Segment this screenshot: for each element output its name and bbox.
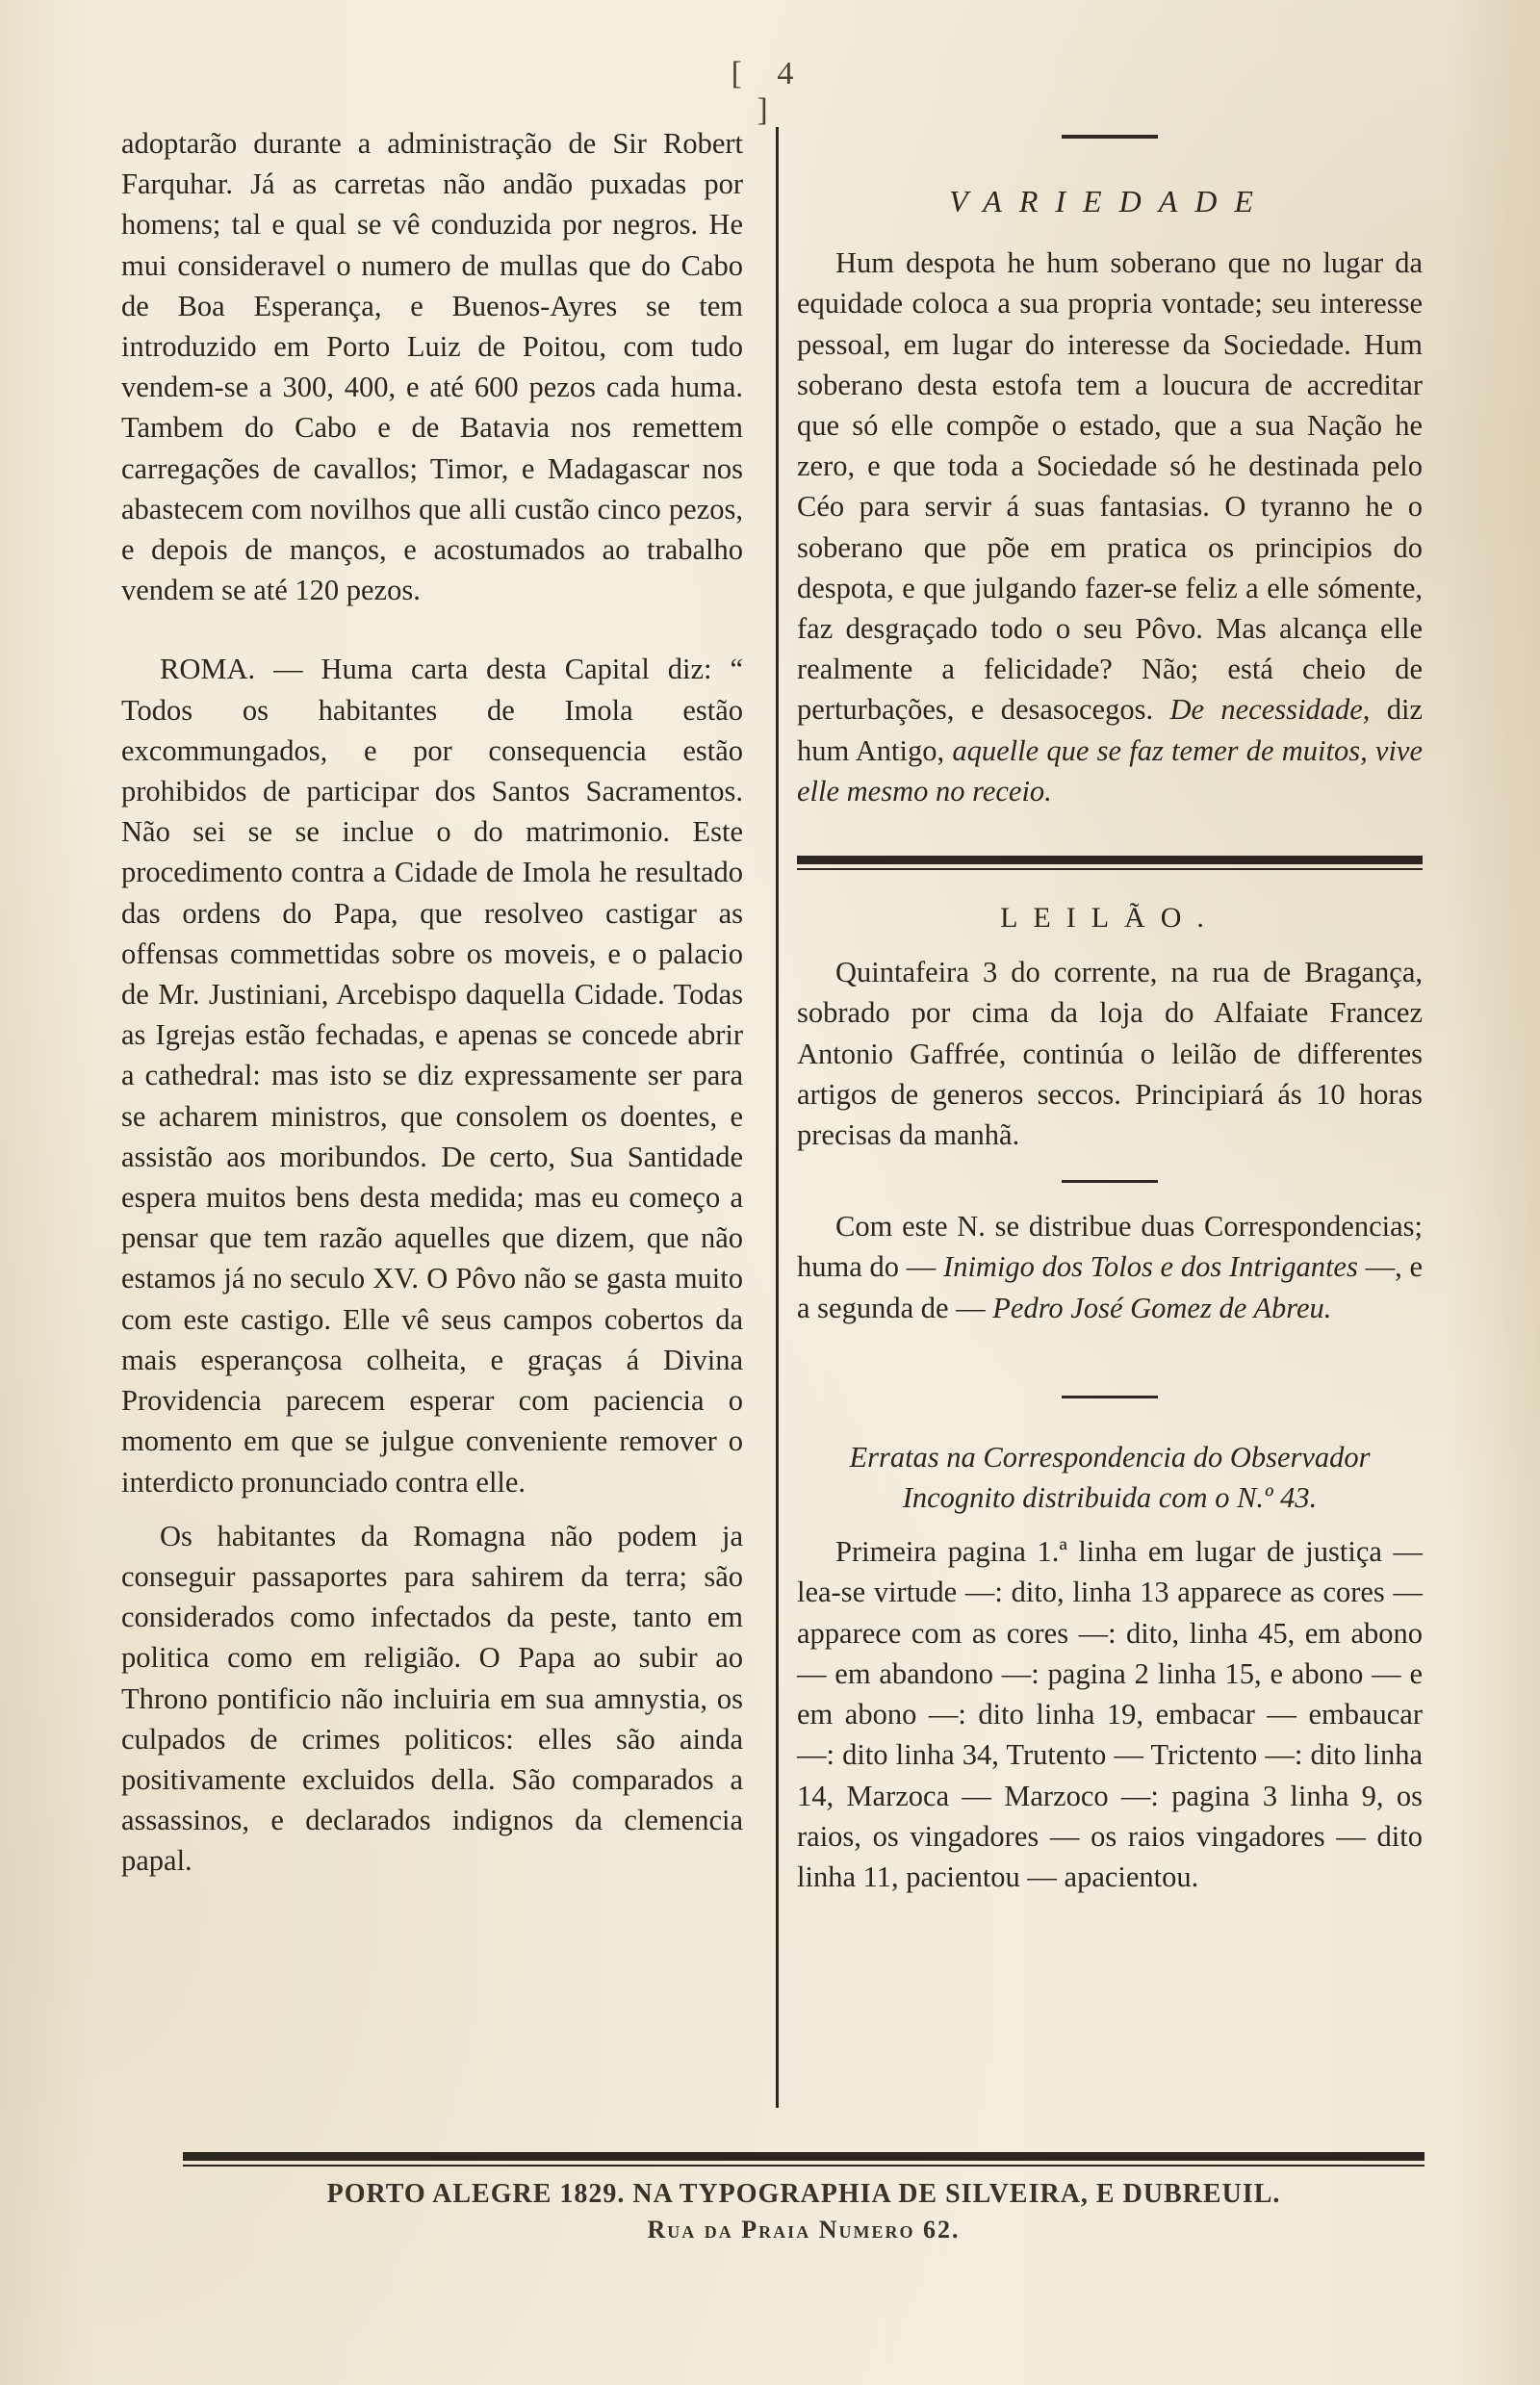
article-mauritius-continued: adoptarão durante a administração de Sir…	[121, 123, 743, 610]
leilao-title: LEILÃO.	[797, 898, 1423, 938]
erratas-body: Primeira pagina 1.ª linha em lugar de ju…	[797, 1531, 1423, 1897]
variedade-title: VARIEDADE	[797, 181, 1423, 221]
footer-double-rule	[183, 2152, 1424, 2169]
right-column: VARIEDADE Hum despota he hum soberano qu…	[797, 123, 1423, 1897]
imprint-address: Rua da Praia Numero 62.	[183, 2216, 1424, 2244]
column-divider	[776, 127, 779, 2108]
erratas-title: Erratas na Correspondencia do Observador…	[797, 1437, 1423, 1518]
quote-italic: De necessidade,	[1169, 693, 1370, 726]
page-number: [ 4 ]	[726, 56, 812, 129]
article-romagna: Os habitantes da Romagna não podem ja co…	[121, 1516, 743, 1882]
leilao-body: Quintafeira 3 do corrente, na rua de Bra…	[797, 952, 1423, 1155]
left-column: adoptarão durante a administração de Sir…	[121, 123, 743, 1882]
newspaper-page: [ 4 ] adoptarão durante a administração …	[0, 0, 1540, 2385]
correspondence-notice: Com este N. se distribue duas Correspond…	[797, 1206, 1423, 1328]
article-roma: ROMA. — Huma carta desta Capital diz: “ …	[121, 649, 743, 1501]
double-rule-separator	[797, 856, 1423, 873]
variedade-body: Hum despota he hum soberano que no lugar…	[797, 243, 1423, 811]
imprint-printer: PORTO ALEGRE 1829. NA TYPOGRAPHIA DE SIL…	[183, 2179, 1424, 2210]
